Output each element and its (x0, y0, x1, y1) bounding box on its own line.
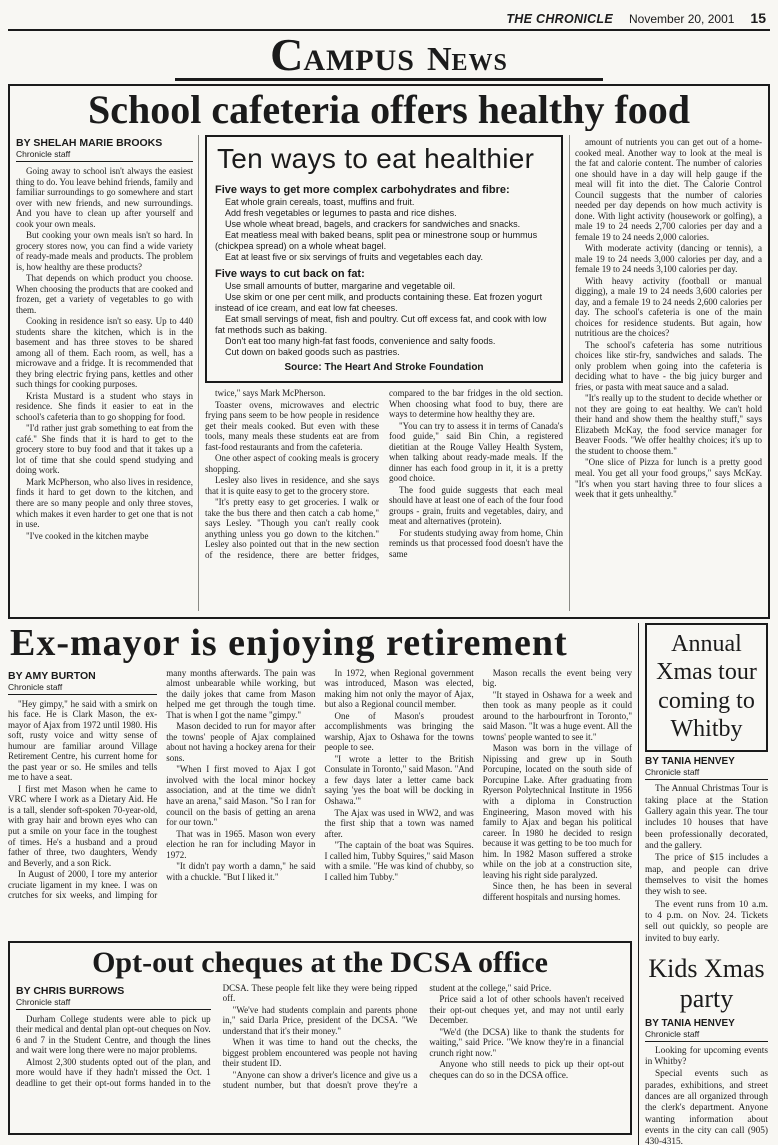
tips-box-title: Ten ways to eat healthier (217, 143, 553, 175)
byline-author: BY TANIA HENVEY (645, 756, 768, 767)
paragraph: Eat meatless meal with baked beans, spli… (215, 230, 553, 252)
article-optout-headline: Opt-out cheques at the DCSA office (16, 946, 624, 979)
byline-author: BY TANIA HENVEY (645, 1018, 768, 1029)
page-header: THE CHRONICLE November 20, 2001 15 (8, 4, 770, 31)
masthead-letters: AMPUS (303, 44, 415, 77)
paragraph: "It stayed in Oshawa for a week and then… (483, 690, 632, 743)
byline-org: Chronicle staff (16, 149, 193, 162)
kids-party-text: Looking for upcoming events in Whitby?Sp… (645, 1046, 768, 1145)
paragraph: When it was time to hand out the checks,… (223, 1037, 418, 1069)
tips-box: Ten ways to eat healthier Five ways to g… (205, 135, 563, 383)
paragraph: amount of nutrients you can get out of a… (575, 137, 762, 242)
right-rail: Annual Xmas tour coming to Whitby BY TAN… (638, 623, 770, 1145)
paragraph: The Ajax was used in WW2, and was the fi… (325, 808, 474, 840)
article-kids-party-headline: Kids Xmas party (645, 954, 768, 1014)
paragraph: For students studying away from home, Ch… (389, 528, 563, 560)
paragraph: twice," says Mark McPherson. (205, 388, 379, 399)
article-xmas-tour: Annual Xmas tour coming to Whitby BY TAN… (645, 623, 768, 945)
tips-section-heading: Five ways to get more complex carbohydra… (215, 184, 553, 196)
paragraph: The price of $15 includes a map, and peo… (645, 853, 768, 898)
paragraph: Price said a lot of other schools haven'… (429, 994, 624, 1026)
paragraph: "Hey gimpy," he said with a smirk on his… (8, 699, 157, 783)
cafeteria-middle-columns: twice," says Mark McPherson.Toaster oven… (205, 388, 563, 606)
paragraph: Mason decided to run for mayor after the… (166, 721, 315, 763)
issue-date: November 20, 2001 (629, 12, 734, 26)
paragraph: "We've had students complain and parents… (223, 1005, 418, 1037)
paragraph: "I wrote a letter to the British Consula… (325, 754, 474, 807)
paragraph: Use skim or one per cent milk, and produ… (215, 292, 553, 314)
paragraph: "The captain of the boat was Squires. I … (325, 840, 474, 882)
paragraph: Mason was born in the village of Nipissi… (483, 743, 632, 880)
paragraph: Eat at least five or six servings of fru… (215, 252, 553, 263)
article-exmayor-headline: Ex-mayor is enjoying retirement (10, 623, 632, 665)
article-cafeteria: School cafeteria offers healthy food BY … (8, 84, 770, 619)
paragraph: "You can try to assess it in terms of Ca… (389, 421, 563, 484)
paragraph: Add fresh vegetables or legumes to pasta… (215, 208, 553, 219)
lower-left-area: Ex-mayor is enjoying retirement BY AMY B… (8, 623, 632, 1145)
article-cafeteria-body: BY SHELAH MARIE BROOKS Chronicle staff G… (16, 135, 762, 611)
article-kids-party: Kids Xmas party BY TANIA HENVEY Chronicl… (645, 954, 768, 1145)
tips-section-1-items: Eat whole grain cereals, toast, muffins … (215, 197, 553, 263)
byline-author: BY AMY BURTON (8, 670, 157, 682)
paragraph: "We'd (the DCSA) like to thank the stude… (429, 1027, 624, 1059)
paragraph: The food guide suggests that each meal s… (389, 485, 563, 527)
paragraph: With moderate activity (dancing or tenni… (575, 243, 762, 275)
newspaper-page: THE CHRONICLE November 20, 2001 15 CAMPU… (0, 0, 778, 1145)
paragraph: "When I first moved to Ajax I got involv… (166, 764, 315, 827)
paragraph: One other aspect of cooking meals is gro… (205, 453, 379, 474)
cafeteria-column-1: BY SHELAH MARIE BROOKS Chronicle staff G… (16, 135, 198, 611)
article-optout: Opt-out cheques at the DCSA office BY CH… (8, 941, 632, 1135)
paragraph: Use small amounts of butter, margarine a… (215, 281, 553, 292)
byline-author: BY CHRIS BURROWS (16, 985, 211, 997)
page-number: 15 (750, 10, 766, 26)
paragraph: Special events such as parades, exhibiti… (645, 1069, 768, 1145)
article-cafeteria-headline: School cafeteria offers healthy food (16, 89, 762, 131)
paragraph: Looking for upcoming events in Whitby? (645, 1046, 768, 1069)
byline-org: Chronicle staff (645, 767, 768, 780)
paragraph: Krista Mustard is a student who stays in… (16, 391, 193, 423)
paragraph: Toaster ovens, microwaves and electric f… (205, 400, 379, 453)
tips-section-2-items: Use small amounts of butter, margarine a… (215, 281, 553, 358)
paragraph: That depends on which product you choose… (16, 273, 193, 315)
paragraph: That was in 1965. Mason won every electi… (166, 829, 315, 861)
paragraph: "I'd rather just grab something to eat f… (16, 423, 193, 476)
masthead-letter: C (270, 29, 303, 80)
paragraph: Eat whole grain cereals, toast, muffins … (215, 197, 553, 208)
cafeteria-column-right: amount of nutrients you can get out of a… (570, 135, 762, 611)
paragraph: The school's cafeteria has some nutritio… (575, 340, 762, 393)
paragraph: The event runs from 10 a.m. to 4 p.m. on… (645, 900, 768, 945)
paragraph: But cooking your own meals isn't so hard… (16, 230, 193, 272)
paragraph: Lesley also lives in residence, and she … (205, 475, 379, 496)
lower-page-area: Ex-mayor is enjoying retirement BY AMY B… (8, 623, 770, 1145)
cafeteria-middle: Ten ways to eat healthier Five ways to g… (198, 135, 570, 611)
paragraph: I first met Mason when he came to VRC wh… (8, 784, 157, 868)
paper-name: THE CHRONICLE (506, 12, 613, 26)
paragraph: "I've cooked in the kitchen maybe (16, 531, 193, 542)
byline-org: Chronicle staff (16, 997, 211, 1010)
tips-source: Source: The Heart And Stroke Foundation (215, 362, 553, 373)
paragraph: With heavy activity (football or manual … (575, 276, 762, 339)
paragraph: The Annual Christmas Tour is taking plac… (645, 784, 768, 852)
paragraph: Mark McPherson, who also lives in reside… (16, 477, 193, 530)
paragraph: "One slice of Pizza for lunch is a prett… (575, 457, 762, 499)
masthead-letters: EWS (452, 50, 508, 76)
paragraph: Don't eat too many high-fat fast foods, … (215, 336, 553, 347)
paragraph: "It's really up to the student to decide… (575, 393, 762, 456)
masthead-title: CAMPUSNEWS (175, 32, 603, 81)
paragraph: In 1972, when Regional government was in… (325, 668, 474, 710)
article-optout-body: BY CHRIS BURROWS Chronicle staff Durham … (16, 983, 624, 1129)
xmas-tour-text: The Annual Christmas Tour is taking plac… (645, 784, 768, 945)
byline-author: BY SHELAH MARIE BROOKS (16, 137, 193, 149)
byline-org: Chronicle staff (645, 1029, 768, 1042)
paragraph: One of Mason's proudest accomplishments … (325, 711, 474, 753)
paragraph: Going away to school isn't always the ea… (16, 166, 193, 229)
section-masthead: CAMPUSNEWS (8, 32, 770, 81)
masthead-letter: N (427, 41, 452, 78)
article-xmas-tour-headline: Annual Xmas tour coming to Whitby (645, 623, 768, 752)
paragraph: Use whole wheat bread, bagels, and crack… (215, 219, 553, 230)
exmayor-text: "Hey gimpy," he said with a smirk on his… (8, 668, 632, 902)
tips-section-heading: Five ways to cut back on fat: (215, 268, 553, 280)
paragraph: Durham College students were able to pic… (16, 1014, 211, 1056)
paragraph: "It didn't pay worth a damn," he said wi… (166, 861, 315, 882)
paragraph: Mason recalls the event being very big. (483, 668, 632, 689)
article-exmayor-body: BY AMY BURTON Chronicle staff "Hey gimpy… (8, 668, 632, 936)
article-exmayor: Ex-mayor is enjoying retirement BY AMY B… (8, 623, 632, 936)
cafeteria-col1-text: Going away to school isn't always the ea… (16, 166, 193, 541)
paragraph: Cooking in residence isn't so easy. Up t… (16, 316, 193, 390)
paragraph: Since then, he has been in several diffe… (483, 881, 632, 902)
paragraph: Eat small servings of meat, fish and pou… (215, 314, 553, 336)
byline-org: Chronicle staff (8, 682, 157, 695)
paragraph: Anyone who still needs to pick up their … (429, 1059, 624, 1080)
paragraph: Cut down on baked goods such as pastries… (215, 347, 553, 358)
